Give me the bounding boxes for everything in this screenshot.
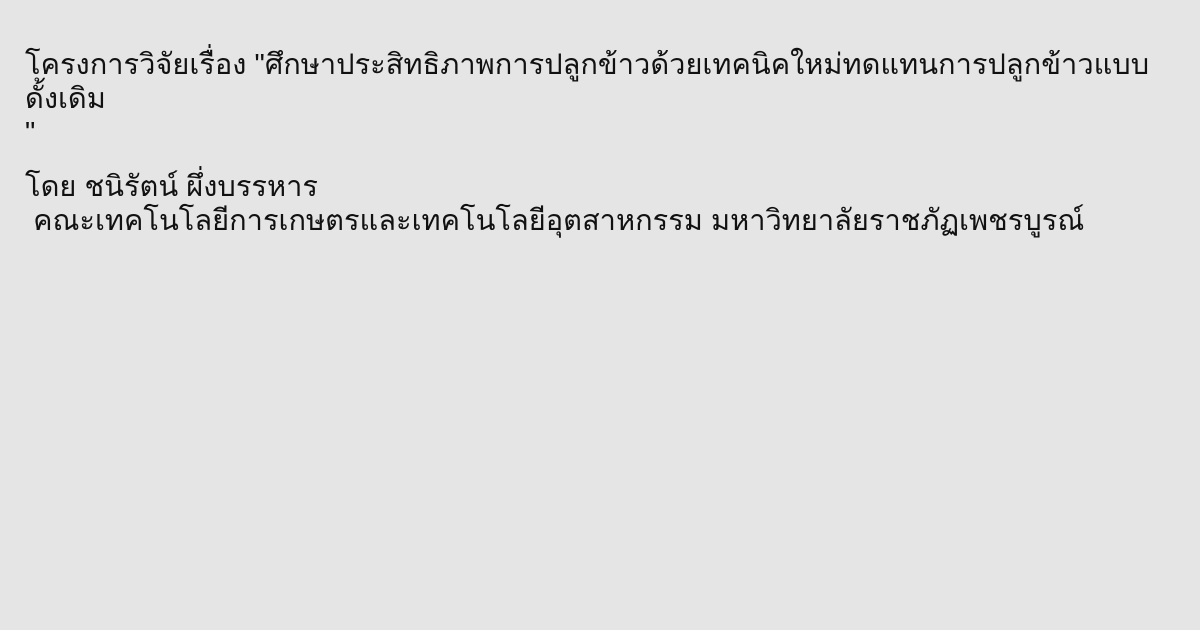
author-byline: โดย ชนิรัตน์ ผึ่งบรรหาร <box>25 171 318 203</box>
page-background: โครงการวิจัยเรื่อง "ศึกษาประสิทธิภาพการป… <box>0 0 1200 630</box>
research-title-line-1: โครงการวิจัยเรื่อง "ศึกษาประสิทธิภาพการป… <box>25 49 1149 115</box>
author-affiliation: โดย ชนิรัตน์ ผึ่งบรรหาร คณะเทคโนโลยีการเ… <box>25 170 1175 238</box>
research-title: โครงการวิจัยเรื่อง "ศึกษาประสิทธิภาพการป… <box>25 48 1175 150</box>
research-title-closing-quote: " <box>25 117 35 149</box>
faculty-university: คณะเทคโนโลยีการเกษตรและเทคโนโลยีอุตสาหกร… <box>25 205 1084 237</box>
